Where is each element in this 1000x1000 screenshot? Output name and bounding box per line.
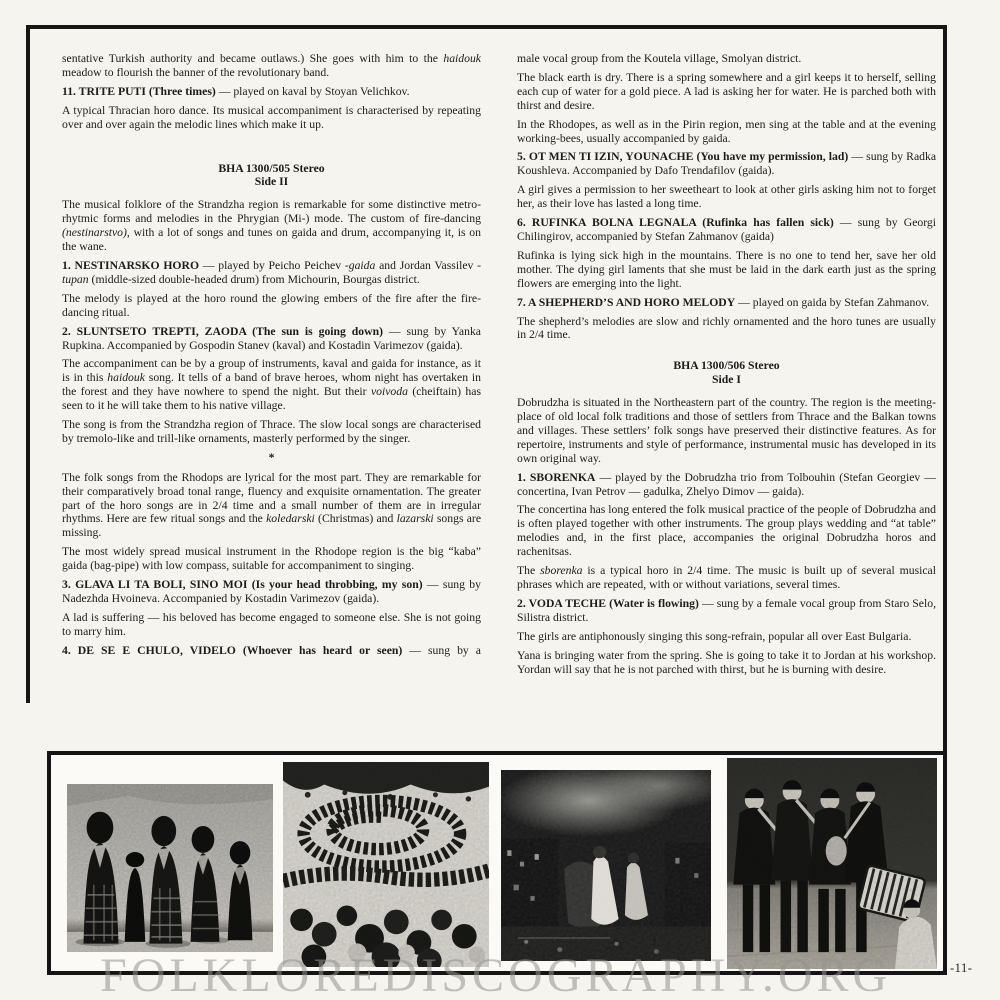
album-heading-bha-1300-505: BHA 1300/505 Stereo Side II (62, 162, 481, 190)
photo-illustration (501, 770, 711, 961)
para-kaba-gaida: The most widely spread musical instrumen… (62, 545, 481, 573)
para-dobrudzha-region: Dobrudzha is situated in the Northeaster… (517, 396, 936, 466)
para-rhodope-songs: The folk songs from the Rhodops are lyri… (62, 471, 481, 541)
para-continuation-koutela: male vocal group from the Koutela villag… (517, 52, 936, 66)
photo-illustration (67, 784, 273, 952)
track-5-ot-men-ti-izin: 5. OT MEN TI IZIN, YOUNACHE (You have my… (517, 150, 936, 178)
heading-catalog-number: BHA 1300/505 Stereo (62, 162, 481, 176)
photo-spiral-horo (283, 762, 489, 967)
page-number: -11- (950, 961, 972, 976)
para-girl-permission-story: A girl gives a permission to her sweethe… (517, 183, 936, 211)
left-column: sentative Turkish authority and became o… (62, 52, 481, 663)
para-yana-water-story: Yana is bringing water from the spring. … (517, 649, 936, 677)
para-rhodopes-pirin-singing: In the Rhodopes, as well as in the Pirin… (517, 118, 936, 146)
para-strandzha-song-style: The song is from the Strandzha region of… (62, 418, 481, 446)
photo-folk-musicians (727, 758, 937, 969)
photo-women-folk-costume-dance (67, 784, 273, 952)
para-thracian-horo: A typical Thracian horo dance. Its music… (62, 104, 481, 132)
track-11-trite-puti: 11. TRITE PUTI (Three times) — played on… (62, 85, 481, 99)
photo-strip-frame (47, 751, 947, 975)
para-black-earth-story: The black earth is dry. There is a sprin… (517, 71, 936, 113)
para-girls-antiphonal: The girls are antiphonously singing this… (517, 630, 936, 644)
para-concertina: The concertina has long entered the folk… (517, 503, 936, 559)
track-6-rufinka-bolna-legnala: 6. RUFINKA BOLNA LEGNALA (Rufinka has fa… (517, 216, 936, 244)
photo-illustration (283, 762, 489, 967)
para-rufinka-story: Rufinka is lying sick high in the mounta… (517, 249, 936, 291)
track-4-de-se-e-chulo: 4. DE SE E CHULO, VIDELO (Whoever has he… (62, 644, 481, 658)
heading-side-label: Side I (517, 373, 936, 387)
para-lad-suffering: A lad is suffering — his beloved has bec… (62, 611, 481, 639)
track-1-nestinarsko-horo: 1. NESTINARSKO HORO — played by Peicho P… (62, 259, 481, 287)
track-7-shepherds-horo-melody: 7. A SHEPHERD’S AND HORO MELODY — played… (517, 296, 936, 310)
para-fire-dancing-melody: The melody is played at the horo round t… (62, 292, 481, 320)
track-1-sborenka: 1. SBORENKA — played by the Dobrudzha tr… (517, 471, 936, 499)
page-border-left (26, 25, 30, 703)
album-heading-bha-1300-506: BHA 1300/506 Stereo Side I (517, 359, 936, 387)
photo-illustration (727, 758, 937, 969)
track-2-sluntseto-trepti: 2. SLUNTSETO TREPTI, ZAODA (The sun is g… (62, 325, 481, 353)
page-border-top (26, 25, 947, 29)
para-sborenka-horo: The sborenka is a typical horo in 2/4 ti… (517, 564, 936, 592)
para-haidouk-song-story: The accompaniment can be by a group of i… (62, 357, 481, 413)
asterisk-separator: * (62, 451, 481, 465)
heading-side-label: Side II (62, 175, 481, 189)
heading-catalog-number: BHA 1300/506 Stereo (517, 359, 936, 373)
para-strandzha-folklore: The musical folklore of the Strandzha re… (62, 198, 481, 254)
watermark-folklorediscography: FOLKLOREDISCOGRAPHY.ORG (100, 948, 891, 1000)
right-column: male vocal group from the Koutela villag… (517, 52, 936, 681)
para-shepherd-melodies: The shepherd’s melodies are slow and ric… (517, 315, 936, 343)
track-2-voda-teche: 2. VODA TECHE (Water is flowing) — sung … (517, 597, 936, 625)
para-continuation-haidouk-meadow: sentative Turkish authority and became o… (62, 52, 481, 80)
track-3-glava-li-ta-boli: 3. GLAVA LI TA BOLI, SINO MOI (Is your h… (62, 578, 481, 606)
photo-fire-dancing-night (501, 770, 711, 961)
